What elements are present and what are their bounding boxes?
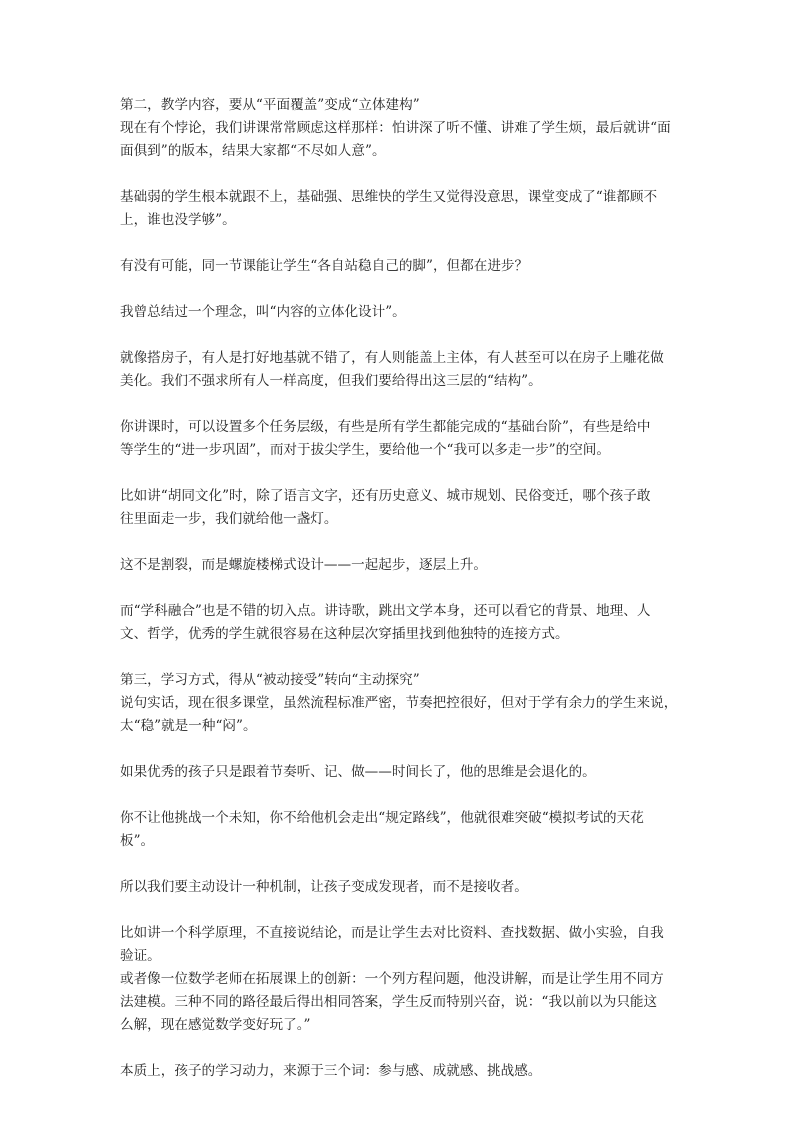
paragraph: 你讲课时，可以设置多个任务层级，有些是所有学生都能完成的“基础台阶”，有些是给中… bbox=[120, 416, 680, 462]
text-line: 板”。 bbox=[120, 830, 680, 853]
text-line: 等学生的“进一步巩固”，而对于拔尖学生，要给他一个“我可以多走一步”的空间。 bbox=[120, 439, 680, 462]
text-line: 现在有个悖论，我们讲课常常顾虑这样那样：怕讲深了听不懂、讲难了学生烦，最后就讲“… bbox=[120, 117, 680, 140]
text-line: 这不是割裂，而是螺旋楼梯式设计——一起起步，逐层上升。 bbox=[120, 554, 680, 577]
paragraph: 第二，教学内容，要从“平面覆盖”变成“立体建构” bbox=[120, 94, 680, 117]
text-line: 比如讲“胡同文化”时，除了语言文字，还有历史意义、城市规划、民俗变迁，哪个孩子敢 bbox=[120, 485, 680, 508]
paragraph: 我曾总结过一个理念，叫“内容的立体化设计”。 bbox=[120, 301, 680, 324]
text-line: 本质上，孩子的学习动力，来源于三个词：参与感、成就感、挑战感。 bbox=[120, 1060, 680, 1083]
text-line: 所以我们要主动设计一种机制，让孩子变成发现者，而不是接收者。 bbox=[120, 876, 680, 899]
text-line: 第三，学习方式，得从“被动接受”转向“主动探究” bbox=[120, 669, 680, 692]
paragraph: 比如讲“胡同文化”时，除了语言文字，还有历史意义、城市规划、民俗变迁，哪个孩子敢… bbox=[120, 485, 680, 531]
text-line: 太“稳”就是一种“闷”。 bbox=[120, 715, 680, 738]
paragraph: 基础弱的学生根本就跟不上，基础强、思维快的学生又觉得没意思，课堂变成了“谁都顾不… bbox=[120, 186, 680, 232]
paragraph: 比如讲一个科学原理，不直接说结论，而是让学生去对比资料、查找数据、做小实验，自我… bbox=[120, 922, 680, 968]
text-line: 法建模。三种不同的路径最后得出相同答案，学生反而特别兴奋，说：“我以前以为只能这 bbox=[120, 991, 680, 1014]
text-line: 第二，教学内容，要从“平面覆盖”变成“立体建构” bbox=[120, 94, 680, 117]
text-line: 文、哲学，优秀的学生就很容易在这种层次穿插里找到他独特的连接方式。 bbox=[120, 623, 680, 646]
text-line: 往里面走一步，我们就给他一盏灯。 bbox=[120, 508, 680, 531]
paragraph: 说句实话，现在很多课堂，虽然流程标准严密，节奏把控很好，但对于学有余力的学生来说… bbox=[120, 692, 680, 738]
paragraph: 如果优秀的孩子只是跟着节奏听、记、做——时间长了，他的思维是会退化的。 bbox=[120, 761, 680, 784]
text-line: 比如讲一个科学原理，不直接说结论，而是让学生去对比资料、查找数据、做小实验，自我 bbox=[120, 922, 680, 945]
paragraph: 你不让他挑战一个未知，你不给他机会走出“规定路线”，他就很难突破“模拟考试的天花… bbox=[120, 807, 680, 853]
paragraph: 本质上，孩子的学习动力，来源于三个词：参与感、成就感、挑战感。 bbox=[120, 1060, 680, 1083]
text-line: 而“学科融合”也是不错的切入点。讲诗歌，跳出文学本身，还可以看它的背景、地理、人 bbox=[120, 600, 680, 623]
text-line: 就像搭房子，有人是打好地基就不错了，有人则能盖上主体，有人甚至可以在房子上雕花做 bbox=[120, 347, 680, 370]
text-line: 你不让他挑战一个未知，你不给他机会走出“规定路线”，他就很难突破“模拟考试的天花 bbox=[120, 807, 680, 830]
document-body: 第二，教学内容，要从“平面覆盖”变成“立体建构”现在有个悖论，我们讲课常常顾虑这… bbox=[120, 94, 680, 1106]
text-line: 你讲课时，可以设置多个任务层级，有些是所有学生都能完成的“基础台阶”，有些是给中 bbox=[120, 416, 680, 439]
text-line: 或者像一位数学老师在拓展课上的创新：一个列方程问题，他没讲解，而是让学生用不同方 bbox=[120, 968, 680, 991]
paragraph: 第三，学习方式，得从“被动接受”转向“主动探究” bbox=[120, 669, 680, 692]
text-line: 面俱到”的版本，结果大家都“不尽如人意”。 bbox=[120, 140, 680, 163]
text-line: 么解，现在感觉数学变好玩了。” bbox=[120, 1014, 680, 1037]
paragraph: 或者像一位数学老师在拓展课上的创新：一个列方程问题，他没讲解，而是让学生用不同方… bbox=[120, 968, 680, 1037]
paragraph: 有没有可能，同一节课能让学生“各自站稳自己的脚”，但都在进步？ bbox=[120, 255, 680, 278]
paragraph: 这不是割裂，而是螺旋楼梯式设计——一起起步，逐层上升。 bbox=[120, 554, 680, 577]
text-line: 我曾总结过一个理念，叫“内容的立体化设计”。 bbox=[120, 301, 680, 324]
paragraph: 所以我们要主动设计一种机制，让孩子变成发现者，而不是接收者。 bbox=[120, 876, 680, 899]
text-line: 上，谁也没学够”。 bbox=[120, 209, 680, 232]
text-line: 验证。 bbox=[120, 945, 680, 968]
paragraph: 就像搭房子，有人是打好地基就不错了，有人则能盖上主体，有人甚至可以在房子上雕花做… bbox=[120, 347, 680, 393]
text-line: 基础弱的学生根本就跟不上，基础强、思维快的学生又觉得没意思，课堂变成了“谁都顾不 bbox=[120, 186, 680, 209]
text-line: 说句实话，现在很多课堂，虽然流程标准严密，节奏把控很好，但对于学有余力的学生来说… bbox=[120, 692, 680, 715]
text-line: 有没有可能，同一节课能让学生“各自站稳自己的脚”，但都在进步？ bbox=[120, 255, 680, 278]
text-line: 美化。我们不强求所有人一样高度，但我们要给得出这三层的“结构”。 bbox=[120, 370, 680, 393]
text-line: 如果优秀的孩子只是跟着节奏听、记、做——时间长了，他的思维是会退化的。 bbox=[120, 761, 680, 784]
paragraph: 现在有个悖论，我们讲课常常顾虑这样那样：怕讲深了听不懂、讲难了学生烦，最后就讲“… bbox=[120, 117, 680, 163]
paragraph: 而“学科融合”也是不错的切入点。讲诗歌，跳出文学本身，还可以看它的背景、地理、人… bbox=[120, 600, 680, 646]
